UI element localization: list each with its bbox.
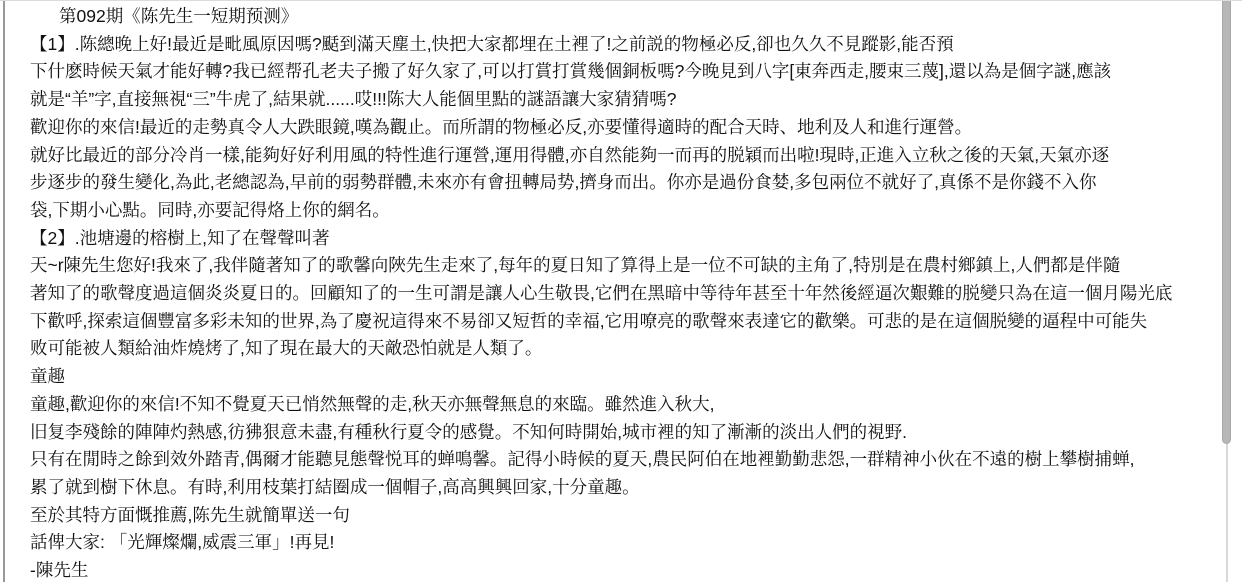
text-line: 败可能被人類給油炸燒烤了,知了現在最大的天敵恐怕就是人類了。 — [30, 335, 1220, 363]
text-line: 話俾大家: 「光輝燦爛,威震三軍」!再見! — [30, 529, 1220, 557]
text-line: 就是“羊”字,直接無視“三”牛虎了,結果就......哎!!!陈大人能個里點的謎… — [30, 86, 1220, 114]
text-line: 至於其特方面慨推薦,陈先生就簡單送一句 — [30, 502, 1220, 530]
text-line: 下歡呼,探索這個豐富多彩未知的世界,為了慶祝這得來不易卻又短哲的幸福,它用嘹亮的… — [30, 308, 1220, 336]
text-line: -陳先生 — [30, 557, 1220, 582]
text-line: 歡迎你的來信!最近的走勢真令人大跌眼鏡,嘆為觀止。而所謂的物極必反,亦要懂得適時… — [30, 114, 1220, 142]
text-line: 天~r陳先生您好!我來了,我伴隨著知了的歌馨向陜先生走來了,每年的夏日知了算得上… — [30, 252, 1220, 280]
text-line: 【1】.陈總晚上好!最近是毗風原因嗎?颳到滿天塵土,快把大家都埋在土裡了!之前説… — [30, 31, 1220, 59]
text-line: 下什麽時候天氣才能好轉?我已經帮孔老夫子搬了好久家了,可以打賞打賞幾個銅板嗎?今… — [30, 58, 1220, 86]
text-line: 童趣 — [30, 363, 1220, 391]
text-line: 童趣,歡迎你的來信!不知不覺夏天已悄然無聲的走,秋天亦無聲無息的來臨。雖然進入秋… — [30, 391, 1220, 419]
text-line: 只有在閒時之餘到效外踏青,偶爾才能聽見態聲悦耳的蝉鳴馨。記得小時候的夏天,農民阿… — [30, 446, 1220, 474]
text-line: 【2】.池塘邊的榕樹上,知了在聲聲叫著 — [30, 225, 1220, 253]
scrollbar-thumb[interactable] — [1222, 1, 1231, 444]
text-content: 第092期《陈先生一短期预测》【1】.陈總晚上好!最近是毗風原因嗎?颳到滿天塵土… — [30, 3, 1220, 582]
text-line: 旧复李殘餘的陣陣灼熱感,彷狒狠意未盡,有種秋行夏令的感覺。不知何時開始,城市裡的… — [30, 419, 1220, 447]
text-lines: 第092期《陈先生一短期预测》【1】.陈總晚上好!最近是毗風原因嗎?颳到滿天塵土… — [30, 3, 1220, 582]
text-line: 累了就到樹下休息。有時,利用枝葉打結圈成一個帽子,高高興興回家,十分童趣。 — [30, 474, 1220, 502]
text-line: 步逐步的發生變化,為此,老總認為,早前的弱勢群體,未來亦有會扭轉局势,擠身而出。… — [30, 169, 1220, 197]
left-border-line — [3, 1, 5, 582]
text-line: 著知了的歌聲度過這個炎炎夏日的。回顧知了的一生可謂是讓人心生敬畏,它們在黑暗中等… — [30, 280, 1220, 308]
document-page: 第092期《陈先生一短期预测》【1】.陈總晚上好!最近是毗風原因嗎?颳到滿天塵土… — [0, 0, 1242, 582]
text-line: 第092期《陈先生一短期预测》 — [30, 3, 1220, 31]
text-line: 袋,下期小心點。同時,亦要記得烙上你的網名。 — [30, 197, 1220, 225]
text-line: 就好比最近的部分冷肖一樣,能夠好好利用風的特性進行運營,運用得體,亦自然能夠一而… — [30, 142, 1220, 170]
